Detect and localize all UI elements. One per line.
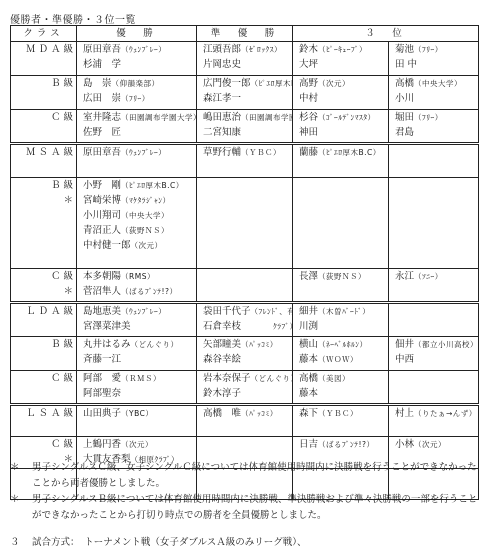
player-affiliation: （どんぐり） (251, 374, 293, 383)
player-name: 中村 (299, 93, 318, 104)
player-name: 原田章吾 (83, 147, 121, 158)
table-row: Ｂ級丸井はるみ（どんぐり）斉藤一江矢部瞳美（ﾊﾟｯｺﾐ）森谷幸絵横山（ﾈｰﾍﾞﾙ… (11, 337, 479, 371)
class-label: Ｃ級 (17, 110, 76, 125)
header-second: 準 優 勝 (197, 26, 293, 42)
first-place-cell: 室井隆志（田園調布学園大学）佐野 匠 (77, 110, 197, 144)
third1-place-cell: 鈴木（ﾋﾟｰｷｭｰﾌﾞ）大坪 (293, 42, 389, 76)
class-cell: Ｃ級 (11, 110, 77, 144)
player-affiliation: （りたぁ→んず） (414, 409, 477, 418)
third2-place-cell (389, 144, 479, 178)
player-name: 杉浦 学 (83, 59, 121, 70)
player-entry: 小川 (395, 91, 478, 106)
player-name: 小川 (395, 93, 414, 104)
player-entry: 村上（りたぁ→んず） (395, 406, 478, 421)
player-name: 島 崇 (83, 78, 112, 89)
asterisk-mark (17, 91, 76, 106)
class-label: Ｃ級 (17, 371, 76, 386)
player-entry: 広門俊一郎（ﾋﾟｴﾛ厚木B.C） (203, 76, 292, 91)
player-entry: 横山（ﾈｰﾍﾞﾙﾎﾙﾝ） (299, 337, 388, 352)
class-label: Ｂ級 (17, 76, 76, 91)
player-name: 片岡忠史 (203, 59, 241, 70)
player-entry: 藤本 (299, 386, 388, 401)
player-affiliation: （都立小川高校） (414, 340, 478, 349)
class-label: Ｃ級 (17, 269, 76, 284)
player-affiliation: （ﾏｹﾀﾗｼﾞｬﾝ） (121, 196, 171, 205)
player-affiliation: （ＲＭＳ） (121, 374, 161, 383)
player-name: 小川翔司 (83, 210, 121, 221)
player-entry: 高野（次元） (299, 76, 388, 91)
player-entry: 原田章吾（ｳｪﾝﾌﾞﾚｰ） (83, 42, 196, 57)
player-affiliation: （ﾈｰﾍﾞﾙﾎﾙﾝ） (318, 340, 368, 349)
player-name: 蘭藤 (299, 147, 318, 158)
third2-place-cell: 村上（りたぁ→んず） (389, 405, 479, 437)
player-entry: 佃井（都立小川高校） (395, 337, 478, 352)
player-entry: 石倉幸枝 ｸﾗﾌﾞ） (203, 319, 292, 334)
first-place-cell: 阿部 愛（ＲＭＳ）阿部聖奈 (77, 371, 197, 405)
player-entry: 堀田（ﾌﾘｰ） (395, 110, 478, 125)
match-format-text: 試合方式： トーナメント戦（女子ダブルスＡ級のみリーグ戦）、 (32, 537, 306, 548)
class-cell: ＭＳＡ級 (11, 144, 77, 178)
player-entry: 菅沼隼人（ばるﾌﾞﾝﾃ!?） (83, 284, 196, 299)
player-name: 本多朝陽 (83, 271, 121, 282)
class-cell: Ｂ級 (11, 76, 77, 110)
player-entry: 斉藤一江 (83, 352, 196, 367)
class-label: ＬＳＡ級 (17, 406, 76, 421)
asterisk-mark: ＊ (10, 460, 32, 492)
class-cell: Ｃ級 (11, 371, 77, 405)
player-entry: 島 崇（仰韻楽部） (83, 76, 196, 91)
first-place-cell: 原田章吾（ｳｪﾝﾌﾞﾚｰ）杉浦 学 (77, 42, 197, 76)
note-text: 男子シングルスＢ級については体育館使用時間内に決勝戦、準決勝戦および準々決勝戦の… (32, 492, 485, 524)
player-affiliation: （次元） (121, 440, 153, 449)
player-entry: 矢部瞳美（ﾊﾟｯｺﾐ） (203, 337, 292, 352)
player-entry: 二宮知康 (203, 125, 292, 140)
class-label: ＭＳＡ級 (17, 145, 76, 160)
player-affiliation: （YBC） (121, 409, 153, 418)
player-affiliation: （ｳｪﾝﾌﾞﾚｰ） (121, 45, 166, 54)
player-name: 山田典子 (83, 408, 121, 419)
player-entry: 川渕 (299, 319, 388, 334)
player-entry: 細井（木曽ﾊﾞｰﾄﾞ） (299, 304, 388, 319)
player-name: 森江孝一 (203, 93, 241, 104)
player-entry: 高橋（中央大学） (395, 76, 478, 91)
player-affiliation: （次元） (414, 440, 446, 449)
player-affiliation: （どんぐり） (131, 340, 179, 349)
player-name: 佐野 匠 (83, 127, 121, 138)
player-entry: 嶋田恵治（田園調布学園大学） (203, 110, 292, 125)
player-entry: 高橋 唯（ﾊﾟｯｺﾐ） (203, 406, 292, 421)
player-entry: 鈴木淳子 (203, 386, 292, 401)
table-row: ＭＤＡ級原田章吾（ｳｪﾝﾌﾞﾚｰ）杉浦 学江頭吾郎（ｾﾞﾛｯｸｽ）片岡忠史鈴木（… (11, 42, 479, 76)
player-entry: 阿部聖奈 (83, 386, 196, 401)
player-entry: 中西 (395, 352, 478, 367)
third2-place-cell (389, 371, 479, 405)
asterisk-mark (17, 125, 76, 140)
third2-place-cell (389, 178, 479, 269)
player-name: 大坪 (299, 59, 318, 70)
player-entry: 蘭藤（ﾋﾟｴﾛ厚木B.C） (299, 145, 388, 160)
player-name: 川渕 (299, 321, 318, 332)
class-cell: Ｂ級 (11, 337, 77, 371)
class-label: ＭＤＡ級 (17, 42, 76, 57)
player-entry: 杉谷（ｺﾞｰﾙﾃﾞﾝﾏｽﾀ） (299, 110, 388, 125)
page-title: 優勝者・準優勝・３位一覧 (10, 11, 136, 26)
third1-place-cell: 蘭藤（ﾋﾟｴﾛ厚木B.C） (293, 144, 389, 178)
player-name: 中西 (395, 354, 414, 365)
asterisk-mark (17, 352, 76, 367)
player-affiliation: （中央大学） (121, 211, 169, 220)
player-name: 細井 (299, 306, 318, 317)
player-name: 杉谷 (299, 112, 318, 123)
player-name: 原田章吾 (83, 44, 121, 55)
player-affiliation: ｸﾗﾌﾞ） (241, 322, 292, 331)
second-place-cell: 矢部瞳美（ﾊﾟｯｺﾐ）森谷幸絵 (197, 337, 293, 371)
third1-place-cell: 長澤（荻野ＮＳ） (293, 269, 389, 303)
player-entry: 宮崎栄博（ﾏｹﾀﾗｼﾞｬﾝ） (83, 193, 196, 208)
player-entry: 室井隆志（田園調布学園大学） (83, 110, 196, 125)
player-affiliation: （ｺﾞｰﾙﾃﾞﾝﾏｽﾀ） (318, 113, 376, 122)
player-entry: 森江孝一 (203, 91, 292, 106)
player-name: 岩本奈保子 (203, 373, 251, 384)
player-entry: 菊池（ﾌﾘｰ） (395, 42, 478, 57)
third1-place-cell: 森下（ＹＢＣ） (293, 405, 389, 437)
player-entry: 島地恵美（ｳｪﾝﾌﾞﾚｰ） (83, 304, 196, 319)
player-entry: 中村健一郎（次元） (83, 238, 196, 253)
second-place-cell: 高橋 唯（ﾊﾟｯｺﾐ） (197, 405, 293, 437)
player-entry: 田 中 (395, 57, 478, 72)
asterisk-mark (17, 160, 76, 175)
third2-place-cell: 高橋（中央大学）小川 (389, 76, 479, 110)
third2-place-cell: 堀田（ﾌﾘｰ）君島 (389, 110, 479, 144)
second-place-cell: 草野行輔（ＹＢＣ） (197, 144, 293, 178)
player-name: 君島 (395, 127, 414, 138)
player-name: 堀田 (395, 112, 414, 123)
player-affiliation: （ﾊﾟｯｺﾐ） (241, 340, 278, 349)
player-name: 矢部瞳美 (203, 339, 241, 350)
player-entry: 小野 剛（ﾋﾟｴﾛ厚木B.C） (83, 178, 196, 193)
player-affiliation: （仰韻楽部） (112, 79, 160, 88)
player-affiliation: （ﾌﾘｰ） (414, 45, 443, 54)
player-affiliation: （美図） (318, 374, 350, 383)
player-affiliation: （ﾊﾟｯｺﾐ） (241, 409, 278, 418)
table-row: Ｃ級室井隆志（田園調布学園大学）佐野 匠嶋田恵治（田園調布学園大学）二宮知康杉谷… (11, 110, 479, 144)
player-name: 広田 崇 (83, 93, 121, 104)
player-affiliation: （ﾋﾟｴﾛ厚木B.C） (251, 79, 293, 88)
player-entry: 大坪 (299, 57, 388, 72)
header-third: ３ 位 (293, 26, 479, 42)
player-name: 嶋田恵治 (203, 112, 241, 123)
player-affiliation: （田園調布学園大学） (241, 113, 292, 122)
player-affiliation: （次元） (318, 79, 350, 88)
third1-place-cell: 高野（次元）中村 (293, 76, 389, 110)
player-entry: 森谷幸絵 (203, 352, 292, 367)
player-affiliation: （中央大学） (414, 79, 462, 88)
player-name: 草野行輔 (203, 147, 241, 158)
player-entry: 中村 (299, 91, 388, 106)
player-name: 森谷幸絵 (203, 354, 241, 365)
asterisk-mark (17, 319, 76, 334)
class-label: Ｂ級 (17, 337, 76, 352)
player-entry: 鈴木（ﾋﾟｰｷｭｰﾌﾞ） (299, 42, 388, 57)
player-affiliation: （ﾌﾘｰ） (414, 113, 443, 122)
table-row: Ｃ級＊本多朝陽（RMS）菅沼隼人（ばるﾌﾞﾝﾃ!?）長澤（荻野ＮＳ）永江（ｿﾆｰ… (11, 269, 479, 303)
player-affiliation: （ｳｪﾝﾌﾞﾚｰ） (121, 148, 166, 157)
player-affiliation: （ﾌﾘｰ） (121, 94, 150, 103)
asterisk-mark: ＊ (17, 193, 76, 208)
player-entry: 高橋（美図） (299, 371, 388, 386)
asterisk-mark (17, 386, 76, 401)
third1-place-cell: 杉谷（ｺﾞｰﾙﾃﾞﾝﾏｽﾀ）神田 (293, 110, 389, 144)
header-class: クラス (11, 26, 77, 42)
player-entry: 阿部 愛（ＲＭＳ） (83, 371, 196, 386)
table-row: ＬＳＡ級山田典子（YBC）高橋 唯（ﾊﾟｯｺﾐ）森下（ＹＢＣ）村上（りたぁ→んず… (11, 405, 479, 437)
player-entry: 神田 (299, 125, 388, 140)
section-number: ３ (10, 534, 32, 548)
player-affiliation: （木曽ﾊﾞｰﾄﾞ） (318, 307, 370, 316)
player-entry: 永江（ｿﾆｰ） (395, 269, 478, 284)
first-place-cell: 島地恵美（ｳｪﾝﾌﾞﾚｰ）宮澤菜津美 (77, 303, 197, 337)
player-name: 島地恵美 (83, 306, 121, 317)
third1-place-cell: 横山（ﾈｰﾍﾞﾙﾎﾙﾝ）藤本（ＷＯＷ） (293, 337, 389, 371)
first-place-cell: 本多朝陽（RMS）菅沼隼人（ばるﾌﾞﾝﾃ!?） (77, 269, 197, 303)
player-name: 阿部聖奈 (83, 388, 121, 399)
first-place-cell: 原田章吾（ｳｪﾝﾌﾞﾚｰ） (77, 144, 197, 178)
player-name: 青沼正人 (83, 225, 121, 236)
results-table: クラス 優 勝 準 優 勝 ３ 位 ＭＤＡ級原田章吾（ｳｪﾝﾌﾞﾚｰ）杉浦 学江… (10, 25, 479, 500)
third1-place-cell (293, 178, 389, 269)
table-row: Ｂ級＊小野 剛（ﾋﾟｴﾛ厚木B.C）宮崎栄博（ﾏｹﾀﾗｼﾞｬﾝ）小川翔司（中央大… (11, 178, 479, 269)
notes: ＊ 男子シングルスＣ級、女子シングルＣ級については体育館使用時間内に決勝戦を行う… (10, 460, 485, 524)
player-affiliation: （ばるﾌﾞﾝﾃ!?） (318, 440, 375, 449)
second-place-cell: 江頭吾郎（ｾﾞﾛｯｸｽ）片岡忠史 (197, 42, 293, 76)
player-name: 永江 (395, 271, 414, 282)
note-item: ＊ 男子シングルスＣ級、女子シングルＣ級については体育館使用時間内に決勝戦を行う… (10, 460, 485, 492)
player-affiliation: （ｿﾆｰ） (414, 272, 443, 281)
player-name: 宮澤菜津美 (83, 321, 131, 332)
player-name: 中村健一郎 (83, 240, 131, 251)
player-entry: 原田章吾（ｳｪﾝﾌﾞﾚｰ） (83, 145, 196, 160)
player-entry: 本多朝陽（RMS） (83, 269, 196, 284)
player-name: 菊池 (395, 44, 414, 55)
player-affiliation: （ﾋﾟｴﾛ厚木B.C） (121, 181, 184, 190)
class-label: Ｃ級 (17, 437, 76, 452)
asterisk-mark (17, 421, 76, 436)
player-name: 江頭吾郎 (203, 44, 241, 55)
player-affiliation: （ＹＢＣ） (318, 409, 358, 418)
player-name: 村上 (395, 408, 414, 419)
class-cell: ＭＤＡ級 (11, 42, 77, 76)
player-affiliation: （次元） (131, 241, 163, 250)
player-affiliation: （ｳｪﾝﾌﾞﾚｰ） (121, 307, 166, 316)
second-place-cell: 袋田千代子（ﾌﾚﾝﾄﾞ、有馬石倉幸枝 ｸﾗﾌﾞ） (197, 303, 293, 337)
player-name: 鈴木 (299, 44, 318, 55)
player-name: 袋田千代子 (203, 306, 251, 317)
player-entry: 青沼正人（荻野ＮＳ） (83, 223, 196, 238)
table-row: ＭＳＡ級原田章吾（ｳｪﾝﾌﾞﾚｰ）草野行輔（ＹＢＣ）蘭藤（ﾋﾟｴﾛ厚木B.C） (11, 144, 479, 178)
player-name: 横山 (299, 339, 318, 350)
player-entry: 小林（次元） (395, 437, 478, 452)
player-entry: 上鶴円香（次元） (83, 437, 196, 452)
asterisk-mark: ＊ (10, 492, 32, 524)
player-entry: 宮澤菜津美 (83, 319, 196, 334)
player-name: 高野 (299, 78, 318, 89)
note-text: 男子シングルスＣ級、女子シングルＣ級については体育館使用時間内に決勝戦を行うこと… (32, 460, 485, 492)
player-affiliation: （ﾋﾟｰｷｭｰﾌﾞ） (318, 45, 367, 54)
first-place-cell: 島 崇（仰韻楽部）広田 崇（ﾌﾘｰ） (77, 76, 197, 110)
player-name: 上鶴円香 (83, 439, 121, 450)
class-cell: Ｃ級＊ (11, 269, 77, 303)
player-entry: 袋田千代子（ﾌﾚﾝﾄﾞ、有馬 (203, 304, 292, 319)
player-name: 高橋 (395, 78, 414, 89)
player-name: 宮崎栄博 (83, 195, 121, 206)
player-name: 二宮知康 (203, 127, 241, 138)
third2-place-cell: 菊池（ﾌﾘｰ）田 中 (389, 42, 479, 76)
player-affiliation: （ばるﾌﾞﾝﾃ!?） (121, 287, 178, 296)
player-name: 高橋 唯 (203, 408, 241, 419)
table-row: Ｃ級阿部 愛（ＲＭＳ）阿部聖奈岩本奈保子（どんぐり）鈴木淳子高橋（美図）藤本 (11, 371, 479, 405)
player-name: 長澤 (299, 271, 318, 282)
player-name: 室井隆志 (83, 112, 121, 123)
player-entry: 片岡忠史 (203, 57, 292, 72)
player-entry (83, 253, 196, 268)
asterisk-mark (17, 57, 76, 72)
player-entry: 長澤（荻野ＮＳ） (299, 269, 388, 284)
player-entry: 江頭吾郎（ｾﾞﾛｯｸｽ） (203, 42, 292, 57)
player-entry: 岩本奈保子（どんぐり） (203, 371, 292, 386)
player-name: 丸井はるみ (83, 339, 131, 350)
class-cell: ＬＳＡ級 (11, 405, 77, 437)
first-place-cell: 丸井はるみ（どんぐり）斉藤一江 (77, 337, 197, 371)
second-place-cell (197, 178, 293, 269)
player-entry (83, 160, 196, 175)
player-affiliation: （ﾋﾟｴﾛ厚木B.C） (318, 148, 381, 157)
match-format-line: ３試合方式： トーナメント戦（女子ダブルスＡ級のみリーグ戦）、 (10, 534, 306, 548)
player-name: 阿部 愛 (83, 373, 121, 384)
table-row: ＬＤＡ級島地恵美（ｳｪﾝﾌﾞﾚｰ）宮澤菜津美袋田千代子（ﾌﾚﾝﾄﾞ、有馬石倉幸枝… (11, 303, 479, 337)
player-entry: 杉浦 学 (83, 57, 196, 72)
player-entry: 藤本（ＷＯＷ） (299, 352, 388, 367)
second-place-cell: 広門俊一郎（ﾋﾟｴﾛ厚木B.C）森江孝一 (197, 76, 293, 110)
player-name: 鈴木淳子 (203, 388, 241, 399)
player-entry: 草野行輔（ＹＢＣ） (203, 145, 292, 160)
player-name: 藤本 (299, 388, 318, 399)
player-entry (83, 421, 196, 436)
header-first: 優 勝 (77, 26, 197, 42)
second-place-cell (197, 269, 293, 303)
third1-place-cell: 高橋（美図）藤本 (293, 371, 389, 405)
player-name: 藤本 (299, 354, 318, 365)
second-place-cell: 嶋田恵治（田園調布学園大学）二宮知康 (197, 110, 293, 144)
third2-place-cell: 永江（ｿﾆｰ） (389, 269, 479, 303)
player-affiliation: （ﾌﾚﾝﾄﾞ、有馬 (251, 307, 293, 316)
player-name: 森下 (299, 408, 318, 419)
player-affiliation: （ｾﾞﾛｯｸｽ） (241, 45, 282, 54)
header-row: クラス 優 勝 準 優 勝 ３ 位 (11, 26, 479, 42)
player-affiliation: （ＹＢＣ） (241, 148, 281, 157)
player-name: 石倉幸枝 (203, 321, 241, 332)
third1-place-cell: 細井（木曽ﾊﾞｰﾄﾞ）川渕 (293, 303, 389, 337)
player-name: 小野 剛 (83, 180, 121, 191)
player-entry: 山田典子（YBC） (83, 406, 196, 421)
note-item: ＊ 男子シングルスＢ級については体育館使用時間内に決勝戦、準決勝戦および準々決勝… (10, 492, 485, 524)
player-name: 斉藤一江 (83, 354, 121, 365)
class-cell: ＬＤＡ級 (11, 303, 77, 337)
table-row: Ｂ級島 崇（仰韻楽部）広田 崇（ﾌﾘｰ）広門俊一郎（ﾋﾟｴﾛ厚木B.C）森江孝一… (11, 76, 479, 110)
player-name: 菅沼隼人 (83, 286, 121, 297)
player-entry: 君島 (395, 125, 478, 140)
player-affiliation: （荻野ＮＳ） (121, 226, 169, 235)
asterisk-mark: ＊ (17, 284, 76, 299)
player-name: 小林 (395, 439, 414, 450)
second-place-cell: 岩本奈保子（どんぐり）鈴木淳子 (197, 371, 293, 405)
player-affiliation: （RMS） (121, 272, 155, 281)
first-place-cell: 山田典子（YBC） (77, 405, 197, 437)
player-affiliation: （荻野ＮＳ） (318, 272, 366, 281)
third2-place-cell (389, 303, 479, 337)
player-affiliation: （田園調布学園大学） (121, 113, 196, 122)
first-place-cell: 小野 剛（ﾋﾟｴﾛ厚木B.C）宮崎栄博（ﾏｹﾀﾗｼﾞｬﾝ）小川翔司（中央大学）青… (77, 178, 197, 269)
player-entry: 森下（ＹＢＣ） (299, 406, 388, 421)
player-name: 日吉 (299, 439, 318, 450)
player-affiliation: （ＷＯＷ） (318, 355, 358, 364)
player-name: 広門俊一郎 (203, 78, 251, 89)
class-cell: Ｂ級＊ (11, 178, 77, 269)
player-name: 神田 (299, 127, 318, 138)
player-name: 田 中 (395, 59, 417, 70)
player-name: 高橋 (299, 373, 318, 384)
third2-place-cell: 佃井（都立小川高校）中西 (389, 337, 479, 371)
player-name: 佃井 (395, 339, 414, 350)
player-entry: 広田 崇（ﾌﾘｰ） (83, 91, 196, 106)
player-entry: 佐野 匠 (83, 125, 196, 140)
class-label: ＬＤＡ級 (17, 304, 76, 319)
player-entry: 小川翔司（中央大学） (83, 208, 196, 223)
class-label: Ｂ級 (17, 178, 76, 193)
player-entry: 丸井はるみ（どんぐり） (83, 337, 196, 352)
player-entry: 日吉（ばるﾌﾞﾝﾃ!?） (299, 437, 388, 452)
